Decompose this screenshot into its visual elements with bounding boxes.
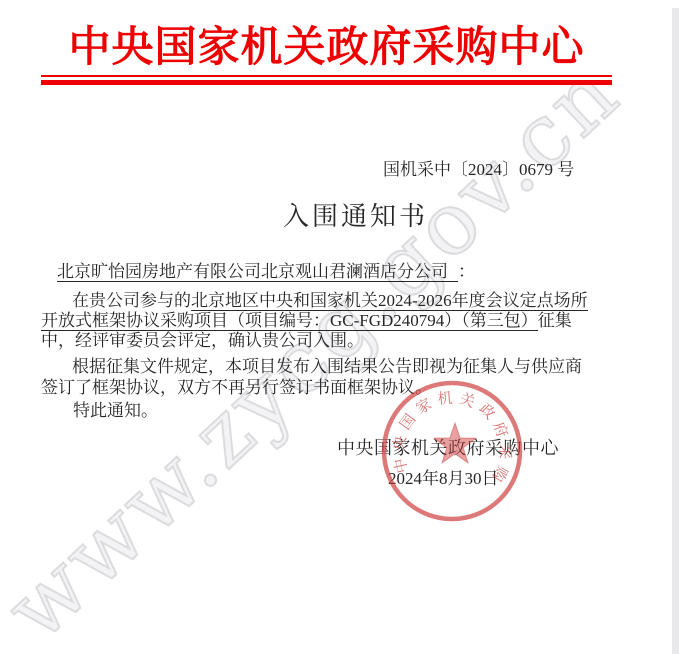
addressee-name: 北京旷怡园房地产有限公司北京观山君澜酒店分公司	[57, 262, 458, 282]
paragraph2-line2: 签订了框架协议，双方不再另行签订书面框架协议。	[41, 378, 432, 398]
addressee-colon: ：	[458, 262, 475, 281]
p1l2-underlined-text: 开放式框架协议采购项目（项目编号：GC-FGD240794）（第三包）	[41, 311, 538, 331]
page-edge-strip	[672, 8, 679, 654]
document-title: 入围通知书	[283, 196, 428, 233]
paragraph2-line1: 根据征集文件规定，本项目发布入围结果公告即视为征集人与供应商	[72, 357, 582, 377]
closing-line: 特此通知。	[73, 401, 158, 421]
document-number: 国机采中〔2024〕0679 号	[383, 155, 574, 180]
official-seal: 中央国家机关政府采购中心	[377, 376, 527, 526]
seal-arc-text: 中央国家机关政府采购中心	[377, 376, 514, 489]
paragraph1-line1: 在贵公司参与的北京地区中央和国家机关2024-2026年度会议定点场所	[72, 291, 588, 311]
p1l1-underlined-text: 北京地区中央和国家机关2024-2026年度会议定点场所	[191, 291, 588, 311]
letterhead-rule-thin	[41, 75, 612, 77]
addressee-line: 北京旷怡园房地产有限公司北京观山君澜酒店分公司：	[57, 262, 475, 282]
letterhead-org-name: 中央国家机关政府采购中心	[41, 14, 612, 74]
star-icon	[434, 423, 476, 463]
paragraph1-line2: 开放式框架协议采购项目（项目编号：GC-FGD240794）（第三包）征集	[41, 311, 572, 331]
document-page: www.zycg.gov.cn 中央国家机关政府采购中心 国机采中〔2024〕0…	[0, 0, 679, 654]
letterhead-rule-thick	[41, 80, 612, 85]
paragraph1-line3: 中，经评审委员会评定，确认贵公司入围。	[41, 331, 364, 351]
p1l1-plain-text: 在贵公司参与的	[72, 291, 191, 310]
p1l2-plain-text: 征集	[538, 311, 572, 330]
